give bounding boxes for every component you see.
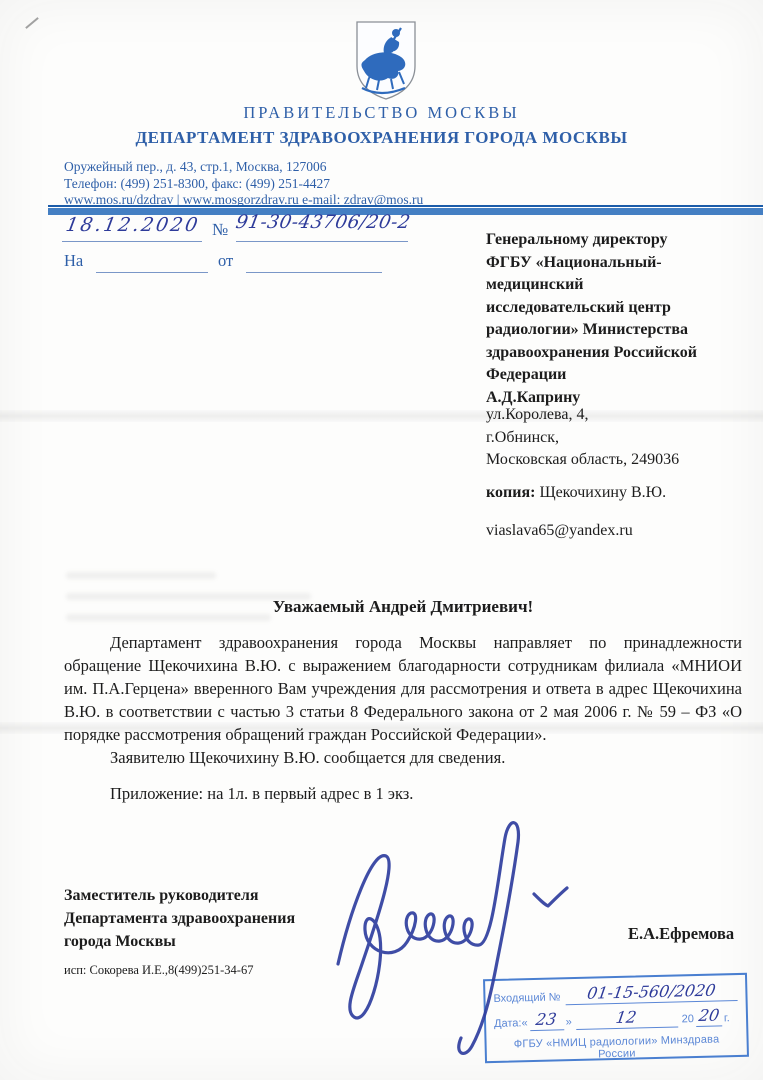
recipient-block: Генеральному директору ФГБУ «Национальны… xyxy=(486,229,748,409)
recipient-email: viaslava65@yandex.ru xyxy=(486,522,633,540)
copy-line: копия: Щекочихину В.Ю. xyxy=(486,484,666,502)
letterhead-address: Оружейный пер., д. 43, стр.1, Москва, 12… xyxy=(64,159,423,176)
letterhead-phone: Телефон: (499) 251-8300, факс: (499) 251… xyxy=(64,176,423,193)
checkmark-stroke-icon xyxy=(534,888,567,906)
attachment-line: Приложение: на 1л. в первый адрес в 1 эк… xyxy=(64,782,742,805)
reply-to-field xyxy=(96,250,208,273)
government-title: ПРАВИТЕЛЬСТВО МОСКВЫ xyxy=(0,103,763,123)
reply-to-label: На xyxy=(64,251,83,271)
department-title: ДЕПАРТАМЕНТ ЗДРАВООХРАНЕНИЯ ГОРОДА МОСКВ… xyxy=(0,128,763,148)
recipient-address-line: Московская область, 249036 xyxy=(486,449,679,472)
reply-from-label: от xyxy=(218,251,233,271)
recipient-line: здравоохранения Российской xyxy=(486,342,748,365)
year-suffix: г. xyxy=(724,1012,730,1026)
body-paragraph: Департамент здравоохранения города Москв… xyxy=(64,631,742,746)
executor-line: исп: Сокорева И.Е.,8(499)251-34-67 xyxy=(64,963,253,978)
incoming-year-handwriting: 20 xyxy=(697,1005,720,1025)
letterhead-contacts: Оружейный пер., д. 43, стр.1, Москва, 12… xyxy=(64,159,423,209)
recipient-line: Федерации xyxy=(486,364,748,387)
number-sign: № xyxy=(212,220,228,240)
signer-name: Е.А.Ефремова xyxy=(628,924,734,944)
scanned-letter-page: ПРАВИТЕЛЬСТВО МОСКВЫ ДЕПАРТАМЕНТ ЗДРАВОО… xyxy=(0,0,763,1080)
recipient-line: медицинский xyxy=(486,274,748,297)
recipient-address-line: г.Обнинск, xyxy=(486,427,679,450)
incoming-number-handwriting: 01-15-560/2020 xyxy=(586,981,717,1003)
outgoing-date-handwriting: 18.12.2020 xyxy=(60,214,202,236)
recipient-address-block: ул.Королева, 4, г.Обнинск, Московская об… xyxy=(486,404,679,472)
salutation: Уважаемый Андрей Дмитриевич! xyxy=(64,597,742,617)
recipient-line: ФГБУ «Национальный- xyxy=(486,252,748,275)
signer-position-block: Заместитель руководителя Департамента зд… xyxy=(64,884,295,953)
copy-label: копия: xyxy=(486,484,535,501)
signer-position-line: города Москвы xyxy=(64,930,295,953)
moscow-coat-of-arms-icon xyxy=(349,18,423,102)
outgoing-number-field: 91-30-43706/20-2 xyxy=(236,212,408,242)
incoming-month-handwriting: 12 xyxy=(615,1007,638,1027)
outgoing-date-field: 18.12.2020 xyxy=(62,214,202,242)
outgoing-number-handwriting: 91-30-43706/20-2 xyxy=(234,212,412,233)
year-prefix: 20 xyxy=(682,1013,695,1027)
reply-from-field xyxy=(246,250,382,273)
signer-position-line: Заместитель руководителя xyxy=(64,884,295,907)
recipient-line: исследовательский центр xyxy=(486,297,748,320)
body-paragraph: Заявителю Щекочихину В.Ю. сообщается для… xyxy=(64,746,742,769)
copy-value: Щекочихину В.Ю. xyxy=(535,484,666,501)
recipient-line: Генеральному директору xyxy=(486,229,748,252)
recipient-address-line: ул.Королева, 4, xyxy=(486,404,679,427)
recipient-line: радиологии» Министерства xyxy=(486,319,748,342)
handwritten-signature-icon xyxy=(322,816,572,1074)
signer-position-line: Департамента здравоохранения xyxy=(64,907,295,930)
letter-body: Департамент здравоохранения города Москв… xyxy=(64,631,742,805)
scan-corner-artifact xyxy=(25,17,39,29)
